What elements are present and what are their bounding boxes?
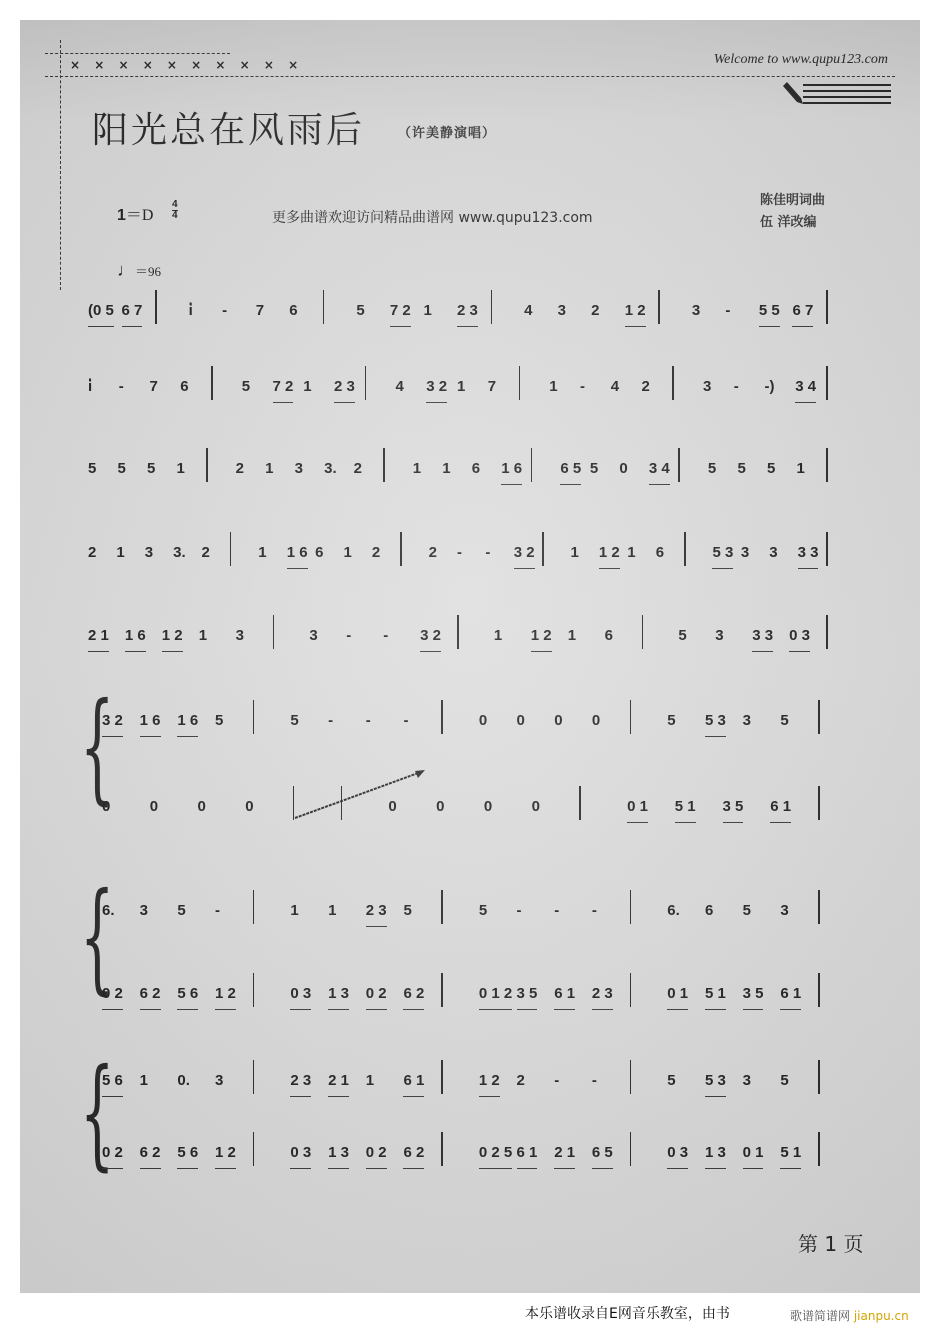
note-group: 6 bbox=[180, 372, 188, 402]
bar-line bbox=[230, 532, 232, 566]
note-group: 0 2 bbox=[366, 979, 387, 1010]
note-group: 1 bbox=[328, 896, 336, 926]
note-group: 5 bbox=[88, 454, 96, 484]
note-group: 1 bbox=[258, 538, 266, 568]
note-group: 0 bbox=[532, 792, 540, 822]
system-1-lower: 000000000 15 13 56 1 bbox=[102, 792, 832, 822]
note-group: 3 2 bbox=[514, 538, 535, 569]
bar-line bbox=[441, 890, 443, 924]
system-2-upper: 6.35-112 355---6.653 bbox=[102, 896, 832, 926]
bar-line bbox=[826, 366, 828, 400]
score-system-2: { 6.35-112 355---6.653 0 26 25 61 20 31 … bbox=[88, 886, 840, 1006]
note-group: 6 1 bbox=[780, 979, 801, 1010]
bar-line bbox=[441, 1060, 443, 1094]
note-group: 1 6 bbox=[287, 538, 308, 569]
note-group: 5 1 bbox=[780, 1138, 801, 1169]
note-group: 0 3 bbox=[789, 621, 810, 652]
bar-line bbox=[630, 1060, 632, 1094]
note-group: 7 2 bbox=[273, 372, 294, 403]
system-1-upper: 3 21 61 655---000055 335 bbox=[102, 706, 832, 736]
bar-line bbox=[818, 1132, 820, 1166]
note-group: 2 3 bbox=[334, 372, 355, 403]
decorative-lines bbox=[803, 84, 891, 108]
note-group: - bbox=[485, 538, 490, 568]
note-group: 4 bbox=[611, 372, 619, 402]
bar-line bbox=[441, 973, 443, 1007]
note-group: 5 bbox=[403, 896, 411, 926]
bar-line bbox=[519, 366, 521, 400]
note-group: 2 bbox=[591, 296, 599, 326]
bar-line bbox=[658, 290, 660, 324]
note-group: 4 bbox=[524, 296, 532, 326]
note-group: 1 2 bbox=[531, 621, 552, 652]
note-group: 5 3 bbox=[712, 538, 733, 569]
continuation-arrow-icon bbox=[293, 766, 428, 821]
bar-line bbox=[818, 700, 820, 734]
note-group: 0 bbox=[592, 706, 600, 736]
note-group: 7 bbox=[488, 372, 496, 402]
source-note: 本乐谱收录自E网音乐教室，由书 bbox=[525, 1303, 730, 1323]
note-group: 0 bbox=[197, 792, 205, 822]
note-group: 1 2 bbox=[479, 1066, 500, 1097]
note-group: 5 bbox=[667, 706, 675, 736]
note-group: 5 3 bbox=[705, 1066, 726, 1097]
score-line-4: 2133.211 66122--3 211 2165 3333 3 bbox=[88, 538, 840, 568]
system-2-lower: 0 26 25 61 20 31 30 26 20 1 23 56 12 30 … bbox=[102, 979, 832, 1009]
bar-line bbox=[323, 290, 325, 324]
note-group: 5 bbox=[780, 1066, 788, 1096]
note-group: 1 bbox=[177, 454, 185, 484]
score-line-2: i̇-7657 212 343 2171-423--)3 4 bbox=[88, 372, 840, 402]
note-group: 0 1 2 bbox=[479, 979, 512, 1010]
quarter-note-icon: ♩ bbox=[117, 260, 135, 280]
bar-line bbox=[253, 700, 255, 734]
note-group: 1 bbox=[571, 538, 579, 568]
note-group: 1 6 bbox=[177, 706, 198, 737]
note-group: 3 2 bbox=[420, 621, 441, 652]
time-top: 4 bbox=[172, 200, 178, 210]
note-group: - bbox=[346, 621, 351, 651]
note-group: - bbox=[222, 296, 227, 326]
note-group: 3 bbox=[558, 296, 566, 326]
note-group: 5 6 bbox=[177, 979, 198, 1010]
note-group: 6 5 bbox=[560, 454, 581, 485]
note-group: 7 bbox=[256, 296, 264, 326]
note-group: 0 bbox=[245, 792, 253, 822]
note-group: (0 5 bbox=[88, 296, 114, 327]
note-group: 3 bbox=[715, 621, 723, 651]
score-line-1: (0 56 7i̇-7657 212 34321 23-5 56 7 bbox=[88, 296, 840, 326]
page-number: 第 1 页 bbox=[798, 1228, 863, 1257]
site-name-cn: 歌谱简谱网 bbox=[790, 1309, 854, 1323]
note-group: 5 6 bbox=[102, 1066, 123, 1097]
score-system-3: { 5 610.32 32 116 11 22--55 335 0 26 25 … bbox=[88, 1066, 840, 1176]
note-group: 3. bbox=[173, 538, 186, 568]
note-group: 1 3 bbox=[328, 979, 349, 1010]
score-page: × × × × × × × × × × Welcome to www.qupu1… bbox=[20, 20, 920, 1293]
note-group: 2 1 bbox=[88, 621, 109, 652]
note-group: 3 5 bbox=[743, 979, 764, 1010]
note-group: 0 bbox=[619, 454, 627, 484]
note-group: 1 bbox=[627, 538, 635, 568]
note-group: 5 bbox=[147, 454, 155, 484]
note-group: 6 1 bbox=[517, 1138, 538, 1169]
note-group: 6 2 bbox=[140, 1138, 161, 1169]
note-group: - bbox=[554, 1066, 559, 1096]
note-group: 2 bbox=[354, 454, 362, 484]
note-group: 0 bbox=[554, 706, 562, 736]
note-group: 1 bbox=[494, 621, 502, 651]
tempo-marking: ♩＝96 bbox=[117, 260, 161, 281]
bar-line bbox=[441, 1132, 443, 1166]
bar-line bbox=[826, 532, 828, 566]
bar-line bbox=[818, 890, 820, 924]
note-group: 5 1 bbox=[705, 979, 726, 1010]
note-group: 5 bbox=[479, 896, 487, 926]
note-group: 3 3 bbox=[798, 538, 819, 569]
song-title: 阳光总在风雨后 bbox=[92, 102, 365, 153]
bar-line bbox=[826, 615, 828, 649]
note-group: 2 bbox=[88, 538, 96, 568]
guide-line-header bbox=[45, 76, 895, 77]
credits: 陈佳明词曲 伍 洋改编 bbox=[760, 190, 825, 234]
guide-line-vertical bbox=[60, 40, 61, 290]
note-group: 7 bbox=[150, 372, 158, 402]
note-group: 6 7 bbox=[122, 296, 143, 327]
time-bottom: 4 bbox=[172, 210, 178, 221]
note-group: 6. bbox=[102, 896, 115, 926]
note-group: 6 bbox=[472, 454, 480, 484]
note-group: 6 bbox=[315, 538, 323, 568]
note-group: 2 1 bbox=[328, 1066, 349, 1097]
note-group: 1 2 bbox=[599, 538, 620, 569]
note-group: 5 bbox=[780, 706, 788, 736]
note-group: 0 bbox=[517, 706, 525, 736]
promo-text: 更多曲谱欢迎访问精品曲谱网 www.qupu123.com bbox=[272, 207, 593, 227]
bar-line bbox=[253, 973, 255, 1007]
note-group: 5 3 bbox=[705, 706, 726, 737]
note-group: 5 bbox=[737, 454, 745, 484]
note-group: 7 2 bbox=[390, 296, 411, 327]
key-tonic: 1 bbox=[117, 207, 126, 224]
note-group: 3 bbox=[692, 296, 700, 326]
note-group: 2 bbox=[429, 538, 437, 568]
bar-line bbox=[441, 700, 443, 734]
key-eq: ＝D bbox=[126, 207, 154, 224]
note-group: 1 bbox=[457, 372, 465, 402]
bar-line bbox=[273, 615, 275, 649]
note-group: 1 bbox=[549, 372, 557, 402]
bar-line bbox=[826, 290, 828, 324]
note-group: 5 bbox=[215, 706, 223, 736]
note-group: 0 bbox=[150, 792, 158, 822]
note-group: 1 6 bbox=[125, 621, 146, 652]
system-3-lower: 0 26 25 61 20 31 30 26 20 2 56 12 16 50 … bbox=[102, 1138, 832, 1168]
tempo-value: ＝96 bbox=[135, 264, 161, 279]
note-group: 0 3 bbox=[667, 1138, 688, 1169]
song-subtitle: （许美静演唱） bbox=[398, 122, 496, 141]
note-group: 0 1 bbox=[667, 979, 688, 1010]
bar-line bbox=[630, 1132, 632, 1166]
note-group: - bbox=[119, 372, 124, 402]
system-3-upper: 5 610.32 32 116 11 22--55 335 bbox=[102, 1066, 832, 1096]
note-group: - bbox=[328, 706, 333, 736]
note-group: 3 bbox=[145, 538, 153, 568]
note-group: 2 3 bbox=[290, 1066, 311, 1097]
note-group: 0 bbox=[484, 792, 492, 822]
bar-line bbox=[206, 448, 208, 482]
note-group: - bbox=[725, 296, 730, 326]
note-group: 1 bbox=[796, 454, 804, 484]
bar-line bbox=[531, 448, 533, 482]
note-group: 0 3 bbox=[290, 979, 311, 1010]
note-group: 1 bbox=[265, 454, 273, 484]
note-group: 6 bbox=[289, 296, 297, 326]
note-group: 1 2 bbox=[215, 979, 236, 1010]
note-group: 3 bbox=[295, 454, 303, 484]
note-group: 3 2 bbox=[102, 706, 123, 737]
arranger: 伍 洋改编 bbox=[760, 212, 825, 234]
note-group: 3 bbox=[743, 706, 751, 736]
note-group: 1 2 bbox=[215, 1138, 236, 1169]
note-group: 3 bbox=[743, 1066, 751, 1096]
lyricist-composer: 陈佳明词曲 bbox=[760, 190, 825, 212]
site-watermark: 歌谱简谱网 jianpu.cn bbox=[790, 1307, 909, 1324]
note-group: 2 3 bbox=[457, 296, 478, 327]
note-group: - bbox=[403, 706, 408, 736]
note-group: 3. bbox=[324, 454, 337, 484]
note-group: 0 bbox=[479, 706, 487, 736]
note-group: 5 bbox=[118, 454, 126, 484]
note-group: 6 7 bbox=[792, 296, 813, 327]
note-group: 2 bbox=[517, 1066, 525, 1096]
note-group: 5 bbox=[678, 621, 686, 651]
bar-line bbox=[642, 615, 644, 649]
bar-line bbox=[365, 366, 367, 400]
note-group: 1 6 bbox=[501, 454, 522, 485]
bar-line bbox=[211, 366, 213, 400]
bar-line bbox=[253, 1060, 255, 1094]
note-group: i̇ bbox=[189, 296, 193, 326]
bar-line bbox=[155, 290, 157, 324]
note-group: 1 6 bbox=[140, 706, 161, 737]
note-group: 3 5 bbox=[517, 979, 538, 1010]
note-group: 6 2 bbox=[403, 979, 424, 1010]
note-group: 5 bbox=[290, 706, 298, 736]
note-group: 5 1 bbox=[675, 792, 696, 823]
bar-line bbox=[253, 890, 255, 924]
note-group: 5 bbox=[590, 454, 598, 484]
note-group: 2 bbox=[236, 454, 244, 484]
note-group: 5 bbox=[708, 454, 716, 484]
note-group: 1 3 bbox=[705, 1138, 726, 1169]
note-group: 0. bbox=[177, 1066, 190, 1096]
bar-line bbox=[672, 366, 674, 400]
note-group: 2 3 bbox=[592, 979, 613, 1010]
note-group: 2 1 bbox=[554, 1138, 575, 1169]
note-group: 0 2 bbox=[366, 1138, 387, 1169]
note-group: 2 bbox=[202, 538, 210, 568]
welcome-text: Welcome to www.qupu123.com bbox=[714, 52, 888, 68]
note-group: -) bbox=[765, 372, 775, 402]
score-system-1: { 3 21 61 655---000055 335 000000000 15 … bbox=[88, 696, 840, 816]
note-group: 1 3 bbox=[328, 1138, 349, 1169]
site-name-en: jianpu.cn bbox=[854, 1309, 909, 1323]
note-group: 1 bbox=[303, 372, 311, 402]
note-group: i̇ bbox=[88, 372, 92, 402]
note-group: 3 bbox=[780, 896, 788, 926]
bar-line bbox=[684, 532, 686, 566]
note-group: - bbox=[592, 1066, 597, 1096]
note-group: 6 1 bbox=[770, 792, 791, 823]
bar-line bbox=[383, 448, 385, 482]
note-group: 5 bbox=[177, 896, 185, 926]
note-group: 6 1 bbox=[403, 1066, 424, 1097]
note-group: 3 bbox=[140, 896, 148, 926]
note-group: 5 6 bbox=[177, 1138, 198, 1169]
note-group: - bbox=[554, 896, 559, 926]
note-group: 3 bbox=[309, 621, 317, 651]
note-group: 0 bbox=[436, 792, 444, 822]
note-group: - bbox=[215, 896, 220, 926]
bar-line bbox=[678, 448, 680, 482]
pencil-icon bbox=[781, 82, 803, 104]
note-group: 1 bbox=[140, 1066, 148, 1096]
bar-line bbox=[457, 615, 459, 649]
bar-line bbox=[579, 786, 581, 820]
note-group: 1 bbox=[442, 454, 450, 484]
note-group: 6 bbox=[656, 538, 664, 568]
note-group: 1 bbox=[568, 621, 576, 651]
note-group: 0 1 bbox=[627, 792, 648, 823]
bar-line bbox=[630, 890, 632, 924]
note-group: 1 2 bbox=[162, 621, 183, 652]
note-group: 6 2 bbox=[140, 979, 161, 1010]
note-group: 0 2 bbox=[102, 1138, 123, 1169]
note-group: 3 bbox=[769, 538, 777, 568]
note-group: - bbox=[592, 896, 597, 926]
bar-line bbox=[630, 973, 632, 1007]
note-group: 2 bbox=[372, 538, 380, 568]
note-group: 0 3 bbox=[290, 1138, 311, 1169]
note-group: 3 2 bbox=[426, 372, 447, 403]
note-group: 3 5 bbox=[723, 792, 744, 823]
note-group: 1 bbox=[290, 896, 298, 926]
note-group: 0 1 bbox=[743, 1138, 764, 1169]
score-line-5: 2 11 61 2133--3 211 216533 30 3 bbox=[88, 621, 840, 651]
note-group: 6. bbox=[667, 896, 680, 926]
note-group: - bbox=[366, 706, 371, 736]
note-group: 5 bbox=[242, 372, 250, 402]
note-group: 3 4 bbox=[795, 372, 816, 403]
bar-line bbox=[491, 290, 493, 324]
bar-line bbox=[630, 700, 632, 734]
note-group: 5 5 bbox=[759, 296, 780, 327]
note-group: 0 2 bbox=[102, 979, 123, 1010]
guide-line-top bbox=[45, 53, 230, 54]
note-group: 5 bbox=[767, 454, 775, 484]
note-group: 6 bbox=[705, 896, 713, 926]
note-group: 1 bbox=[199, 621, 207, 651]
note-group: 1 bbox=[116, 538, 124, 568]
note-group: 6 5 bbox=[592, 1138, 613, 1169]
time-signature: 4 4 bbox=[172, 200, 178, 221]
bar-line bbox=[818, 1060, 820, 1094]
note-group: - bbox=[734, 372, 739, 402]
note-group: - bbox=[580, 372, 585, 402]
note-group: 6 1 bbox=[554, 979, 575, 1010]
note-group: 1 bbox=[343, 538, 351, 568]
bar-line bbox=[826, 448, 828, 482]
note-group: 0 2 5 bbox=[479, 1138, 512, 1169]
note-group: 2 3 bbox=[366, 896, 387, 927]
note-group: 0 bbox=[102, 792, 110, 822]
note-group: 3 bbox=[703, 372, 711, 402]
note-group: 6 2 bbox=[403, 1138, 424, 1169]
note-group: 2 bbox=[642, 372, 650, 402]
header-xmarks: × × × × × × × × × × bbox=[70, 58, 303, 72]
note-group: 3 bbox=[236, 621, 244, 651]
key-signature: 1＝D bbox=[117, 202, 153, 225]
note-group: - bbox=[517, 896, 522, 926]
bar-line bbox=[400, 532, 402, 566]
note-group: 3 4 bbox=[649, 454, 670, 485]
note-group: 5 bbox=[667, 1066, 675, 1096]
note-group: 3 bbox=[741, 538, 749, 568]
note-group: 6 bbox=[605, 621, 613, 651]
note-group: - bbox=[457, 538, 462, 568]
note-group: 5 bbox=[356, 296, 364, 326]
note-group: 1 2 bbox=[625, 296, 646, 327]
score-line-3: 55512133.21161 66 5503 45551 bbox=[88, 454, 840, 484]
note-group: 3 3 bbox=[752, 621, 773, 652]
note-group: 4 bbox=[396, 372, 404, 402]
bar-line bbox=[818, 973, 820, 1007]
note-group: 5 bbox=[743, 896, 751, 926]
note-group: 3 bbox=[215, 1066, 223, 1096]
bar-line bbox=[542, 532, 544, 566]
note-group: 1 bbox=[413, 454, 421, 484]
bar-line bbox=[818, 786, 820, 820]
note-group: - bbox=[383, 621, 388, 651]
bar-line bbox=[253, 1132, 255, 1166]
note-group: 1 bbox=[366, 1066, 374, 1096]
note-group: 1 bbox=[423, 296, 431, 326]
